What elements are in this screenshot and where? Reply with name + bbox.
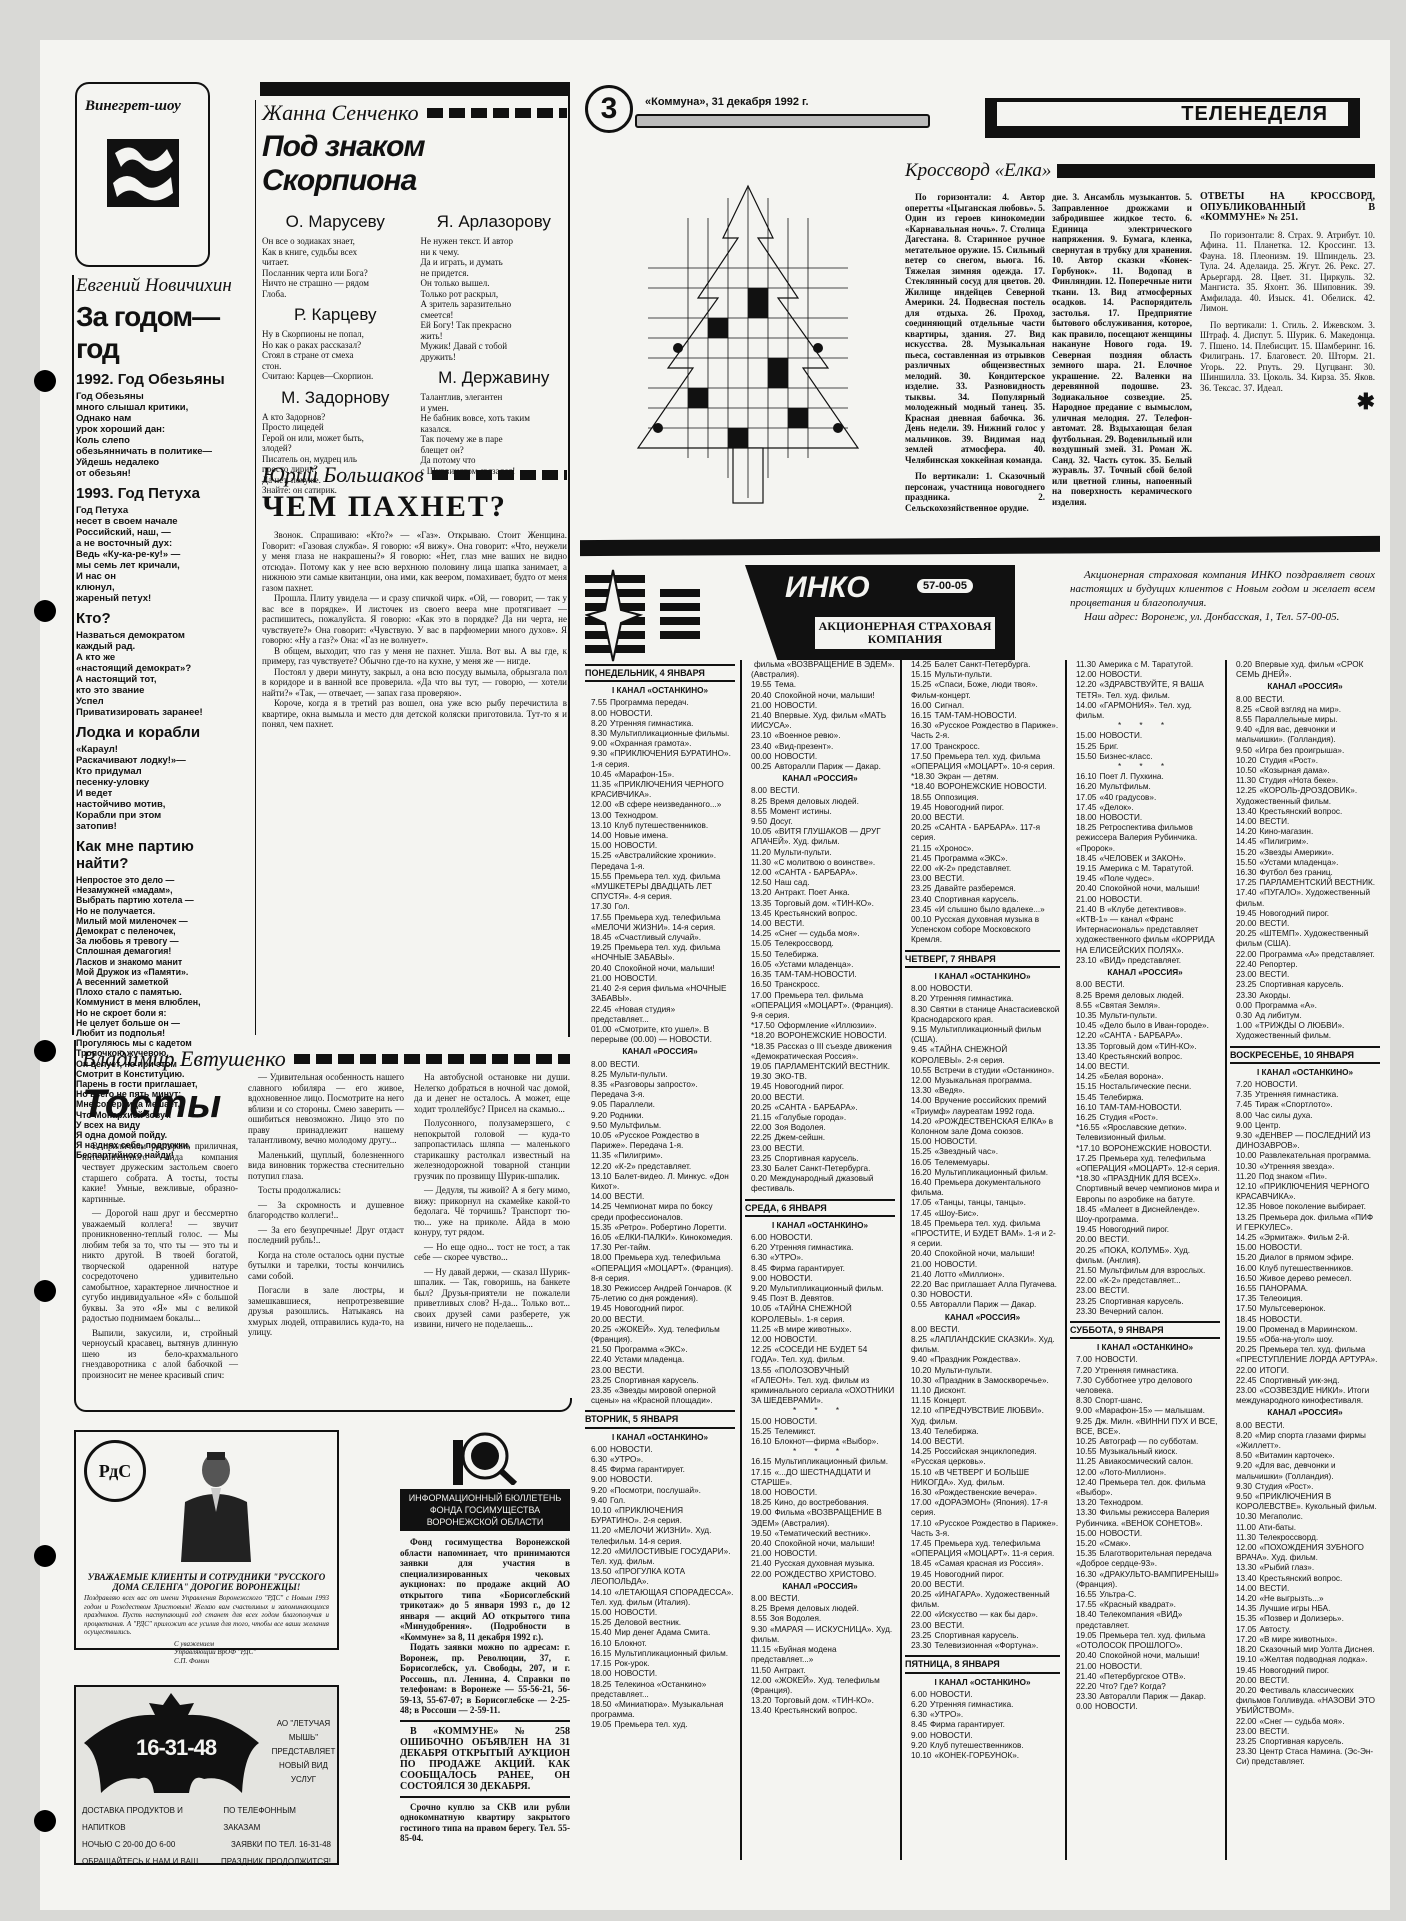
program-item: 12.20«МИЛОСТИВЫЕ ГОСУДАРИ». Тел. худ. фи… (585, 1547, 735, 1567)
scorpion-article: Жанна Сенченко Под знаком Скорпиона О. М… (262, 100, 567, 496)
program-item: 15.25Деловой вестник. (585, 1618, 735, 1628)
program-title: Клуб путешественников. (930, 1741, 1024, 1750)
program-item: 13.40Крестьянский вопрос. (745, 1706, 895, 1716)
program-time: 20.25 (751, 1103, 772, 1112)
poems: О. МарусевуОн все о зодиаках знает, Как … (262, 206, 567, 496)
program-time: 12.40 (1076, 1478, 1097, 1487)
address-text: Наш адрес: Воронеж, ул. Донбасская, 1, Т… (1070, 610, 1375, 624)
paragraph: В приличном ресторане приличная, интелли… (82, 1141, 238, 1204)
program-time: 13.25 (1236, 1213, 1257, 1222)
program-item: 13.10Балет-видео. Л. Минкус. «Дон Кихот»… (585, 1172, 735, 1192)
program-time: 13.30 (911, 1086, 932, 1095)
program-time: 17.50 (911, 752, 932, 761)
separator: * * * (1070, 762, 1220, 772)
program-title: «Устами младенца». (775, 960, 854, 969)
program-time: 18.25 (1076, 823, 1097, 832)
punch-hole (34, 1040, 56, 1062)
program-item: 11.10Дисконт. (905, 1386, 1060, 1396)
program-item: 19.00Фильма «ВОЗВРАЩЕНИЕ В ЭДЕМ» (Австра… (745, 1508, 895, 1528)
program-item: 16.10Блокнот—фирма «Выбор». (745, 1437, 895, 1447)
program-item: 20.25«ИНАГАРА». Художественный фильм. (905, 1590, 1060, 1610)
program-title: Рок-урок. (615, 1659, 650, 1668)
poem-text: Не нужен текст. И автор ни к чему. Да и … (421, 236, 568, 362)
program-item: 9.40«Для вас, девчонки и мальчишки». (Го… (1230, 725, 1380, 745)
day-heading: ЧЕТВЕРГ, 7 ЯНВАРЯ (905, 950, 1060, 968)
rds-logo-icon: РдС (84, 1440, 146, 1502)
program-time: 15.25 (751, 1427, 772, 1436)
program-item: 15.25Телемикст. (745, 1427, 895, 1437)
program-item: 21.402-я серия фильма «НОЧНЫЕ ЗАБАВЫ». (585, 984, 735, 1004)
program-item: 10.05«Русское Рождество в Париже». Перед… (585, 1131, 735, 1151)
program-title: Блокнот. (615, 1639, 647, 1648)
program-item: 9.30«МАРАЯ — ИСКУСНИЦА». Худ. фильм. (745, 1625, 895, 1645)
program-time: 14.00 (1076, 1062, 1097, 1071)
author-name: Евгений Новичихин (76, 275, 248, 297)
program-item: *18.20ВОРОНЕЖСКИЕ НОВОСТИ. (745, 1031, 895, 1041)
program-item: 19.55«Оба-на-угол» шоу. (1230, 1335, 1380, 1345)
program-item: 9.50«Игра без проигрыша». (1230, 746, 1380, 756)
program-item: 9.05Параллели. (585, 1100, 735, 1110)
rds-caption: УВАЖАЕМЫЕ КЛИЕНТЫ И СОТРУДНИКИ "РУССКОГО… (84, 1572, 329, 1665)
program-title: «ПРИКЛЮЧЕНИЯ БУРАТИНО». 1-я серия. (591, 749, 731, 768)
program-item: 16.15ТАМ-ТАМ-НОВОСТИ. (905, 711, 1060, 721)
program-time: 14.25 (751, 929, 772, 938)
program-time: 14.25 (1076, 1072, 1097, 1081)
program-item: 9.45Поэт В. Девятов. (745, 1294, 895, 1304)
program-item: 11.30Америка с М. Таратутой. (1070, 660, 1220, 670)
program-title: Зоя Водолея. (775, 1123, 826, 1132)
program-title: «Танцы, танцы, танцы». (935, 1198, 1026, 1207)
program-title: НОВОСТИ. (930, 1290, 973, 1299)
program-time: *18.20 (751, 1031, 775, 1040)
program-time: 23.30 (1236, 1747, 1257, 1756)
program-time: 6.30 (911, 1710, 927, 1719)
program-time: 17.00 (911, 1498, 932, 1507)
program-title: «Игра без проигрыша». (1255, 746, 1344, 755)
program-item: 16.50Транскросс. (745, 980, 895, 990)
program-item: 20.00ВЕСТИ. (745, 1093, 895, 1103)
program-title: Телебиржа. (775, 950, 819, 959)
program-time: 18.45 (591, 933, 612, 942)
program-time: 9.00 (591, 1475, 607, 1484)
program-item: 19.45Новогодний пирог. (745, 1082, 895, 1092)
program-time: 01.00 (591, 1025, 612, 1034)
program-title: НОВОСТИ. (1100, 813, 1143, 822)
program-title: «Позвер и Долизерь». (1260, 1614, 1344, 1623)
column-rule (1225, 660, 1227, 1860)
vinegret-title: Винегрет-шоу (85, 98, 181, 115)
program-time: 20.40 (1076, 1651, 1097, 1660)
paragraph: Прошла. Плиту увидела — и сразу спичкой … (262, 593, 567, 646)
program-time: 16.40 (911, 1178, 932, 1187)
program-title: «ЛАПЛАНДСКИЕ СКАЗКИ». Худ. фильм. (911, 1335, 1055, 1354)
program-item: *17.10ВОРОНЕЖСКИЕ НОВОСТИ. (1070, 1144, 1220, 1154)
program-time: 10.05 (751, 1304, 772, 1313)
program-item: 12.25«КОРОЛЬ-ДРОЗДОВИК». Художественный … (1230, 786, 1380, 806)
program-time: 23.25 (1236, 1737, 1257, 1746)
program-title: Спортивная карусель. (1260, 980, 1344, 989)
program-title: «Счастливый случай». (615, 933, 701, 942)
program-time: 23.35 (591, 1386, 612, 1395)
program-time: 18.45 (1236, 1315, 1257, 1324)
program-time: 00.25 (751, 762, 772, 771)
rds-body: Поздравляю всех вас от имени Управления … (84, 1594, 329, 1637)
program-time: 15.05 (751, 939, 772, 948)
program-item: 13.55«ПОЛОЗОВУЧНЫЙ «ГАЛЕОН». Тел. худ. ф… (745, 1366, 895, 1407)
program-item: 8.55«Святая Земля». (1070, 1001, 1220, 1011)
author-name: Юрий Большаков (262, 462, 424, 488)
program-item: 15.25«Австралийские хроники». Передача 1… (585, 851, 735, 871)
program-item: 15.35«Ретро». Робертино Лоретти. (585, 1223, 735, 1233)
program-title: Крестьянский вопрос. (1260, 1574, 1343, 1583)
program-time: 0.20 (751, 1174, 767, 1183)
program-time: 15.35 (1076, 1549, 1097, 1558)
program-title: Акорды. (1260, 991, 1291, 1000)
program-item: 16.05Телемемуары. (905, 1158, 1060, 1168)
program-title: Мир денег Адама Смита. (615, 1628, 711, 1637)
program-item: 17.40«ПУГАЛО». Художественный фильм. (1230, 888, 1380, 908)
program-time: 23.00 (751, 1144, 772, 1153)
program-item: 13.20Торговый дом. «ТИН-КО». (745, 1696, 895, 1706)
program-time: 19.05 (1076, 1631, 1097, 1640)
program-title: Мульти-пульти. (935, 1366, 993, 1375)
program-item: 17.55«Красный квадрат». (1070, 1600, 1220, 1610)
program-title: «И слышно было вдалеке...» (935, 905, 1045, 914)
fond-bulletin: ИНФОРМАЦИОННЫЙ БЮЛЛЕТЕНЬ ФОНДА ГОСИМУЩЕС… (400, 1430, 570, 1844)
program-time: 23.00 (911, 874, 932, 883)
program-time: 19.05 (751, 1062, 772, 1071)
day-heading: ВТОРНИК, 5 ЯНВАРЯ (585, 1410, 735, 1428)
program-title: «УТРО». (610, 1455, 643, 1464)
program-title: Дисконт. (934, 1386, 966, 1395)
column-rule (255, 100, 256, 1035)
program-time: 21.15 (911, 844, 932, 853)
program-time: 0.20 (1236, 660, 1252, 669)
program-item: 17.00Транскросс. (905, 742, 1060, 752)
program-item: 17.15Рок-урок. (585, 1659, 735, 1669)
program-title: «ДЕНВЕР — ПОСЛЕДНИЙ ИЗ ДИНОЗАВРОВ». (1236, 1131, 1371, 1150)
program-title: Телемикст. (775, 1427, 816, 1436)
program-item: 19.45Новогодний пирог. (905, 803, 1060, 813)
program-time: 16.00 (1236, 1264, 1257, 1273)
channel-heading: I КАНАЛ «ОСТАНКИНО» (585, 1433, 735, 1443)
text-line: ПРАЗДНИК ПРОДОЛЖИТСЯ! (221, 1853, 331, 1870)
program-item: 12.10«ПРИКЛЮЧЕНИЯ ЧЕРНОГО КРАСАВЧИКА». (1230, 1182, 1380, 1202)
program-time: 22.00 (1076, 1276, 1097, 1285)
program-time: 0.00 (1236, 1001, 1252, 1010)
program-title: «Звезды Америки». (1260, 848, 1334, 857)
program-item: 13.35Торговый дом. «ТИН-КО». (745, 899, 895, 909)
program-title: Мультфильм. (610, 1121, 661, 1130)
program-item: 0.30НОВОСТИ. (905, 1290, 1060, 1300)
program-time: 16.50 (1236, 1274, 1257, 1283)
program-item: 13.20Технодром. (1070, 1498, 1220, 1508)
program-item: 10.45«Дело было в Иван-городе». (1070, 1021, 1220, 1031)
program-item: 8.20«Мир спорта глазами фирмы «Жиллетт». (1230, 1431, 1380, 1451)
program-title: Тираж «Спортлото». (1255, 1100, 1333, 1109)
program-time: 21.00 (1076, 895, 1097, 904)
program-title: Момент истины. (770, 807, 832, 816)
program-title: Мультипликационный фильм. (770, 1284, 884, 1293)
program-title: НОВОСТИ. (615, 841, 658, 850)
program-time: 20.40 (751, 1539, 772, 1548)
program-time: 21.15 (751, 1113, 772, 1122)
program-item: 12.00Музыкальная программа. (905, 1076, 1060, 1086)
program-item: 12.00НОВОСТИ. (1070, 670, 1220, 680)
crossword-clues-vertical: дие. 3. Ансамбль музыкантов. 5. Заправле… (1052, 192, 1192, 507)
program-time: 12.00 (591, 800, 612, 809)
program-time: 23.00 (1076, 1286, 1097, 1295)
poem-title: 1993. Год Петуха (76, 485, 248, 502)
program-time: 6.30 (751, 1253, 767, 1262)
program-title: Авторалли Париж — Дакар. (1100, 1692, 1206, 1701)
program-item: 10.25Автограф — по субботам. (1070, 1437, 1220, 1447)
program-title: ВЕСТИ. (770, 1594, 800, 1603)
paragraph: В общем, выходит, что газ у меня не пахн… (262, 646, 567, 667)
program-item: 15.00НОВОСТИ. (585, 841, 735, 851)
program-item: *16.55«Ярославские детки». Телевизионный… (1070, 1123, 1220, 1143)
paragraph: — За его безупречные! Друг отдаст послед… (248, 1225, 404, 1246)
program-title: Клуб путешественников. (615, 821, 709, 830)
program-time: 10.05 (591, 1131, 612, 1140)
program-title: «САНТА - БАРБАРА». (775, 1103, 858, 1112)
program-item: 8.30Спорт-шанс. (1070, 1396, 1220, 1406)
program-title: ВЕСТИ. (1095, 980, 1125, 989)
program-time: 22.00 (1236, 1717, 1257, 1726)
program-title: Спортивная карусель. (775, 1154, 859, 1163)
program-title: Поэт В. Девятов. (770, 1294, 834, 1303)
program-time: 12.20 (1076, 1031, 1097, 1040)
program-item: 7.30Субботнее утро делового человека. (1070, 1376, 1220, 1396)
poem: М. ДержавинуТалантлив, элегантен и умен.… (421, 368, 568, 476)
paragraph: Выпили, закусили, и, стройный черноусый … (82, 1328, 238, 1381)
program-item: 15.00НОВОСТИ. (1230, 1243, 1380, 1253)
program-item: 9.30Студия «Рост». (1230, 1482, 1380, 1492)
program-time: 13.40 (1236, 807, 1257, 816)
program-time: 16.15 (591, 1649, 612, 1658)
program-item: 17.50Мультсеверюнок. (1230, 1304, 1380, 1314)
program-item: 14.25«Эрмитаж». Фильм 2-й. (1230, 1233, 1380, 1243)
program-title: НОВОСТИ. (770, 1274, 813, 1283)
program-title: Оформление «Иллюзии». (778, 1021, 877, 1030)
program-item: 00.00НОВОСТИ. (745, 752, 895, 762)
program-time: 15.00 (911, 1137, 932, 1146)
program-time: 7.55 (591, 698, 607, 707)
program-time: 15.00 (591, 1608, 612, 1617)
program-time: 11.35 (591, 1151, 611, 1160)
program-item: 16.15Мультипликационный фильм. (585, 1649, 735, 1659)
program-item: 15.25Бриг. (1070, 742, 1220, 752)
program-item: 15.50«Устами младенца». (1230, 858, 1380, 868)
program-time: 9.20 (591, 1486, 607, 1495)
program-title: НОВОСТИ. (610, 1475, 653, 1484)
byline: Жанна Сенченко (262, 100, 567, 126)
bat-service-text: ДОСТАВКА ПРОДУКТОВ И НАПИТКОВПО ТЕЛЕФОНН… (82, 1802, 331, 1870)
program-item: 23.40«Вид-презент». (745, 742, 895, 752)
program-time: 17.15 (591, 1659, 612, 1668)
program-item: 10.20Студия «Рост». (1230, 756, 1380, 766)
program-item: 21.45Программа «ЭКС». (905, 854, 1060, 864)
program-title: Торговый дом. «ТИН-КО». (775, 1696, 874, 1705)
program-title: «Рождественские вечера». (935, 1488, 1037, 1497)
program-title: Авторалли Париж — Дакар. (930, 1300, 1036, 1309)
program-title: Премьера тел. худ. фильма «ОПЕРАЦИЯ «МОЦ… (911, 752, 1055, 771)
program-time: 20.25 (1236, 1345, 1257, 1354)
program-time: 12.00 (1076, 670, 1097, 679)
program-time: 18.25 (751, 1498, 772, 1507)
program-item: 11.00Ати-баты. (1230, 1523, 1380, 1533)
program-item: 20.40Спокойной ночи, малыши! (905, 1249, 1060, 1259)
program-item: 13.10Клуб путешественников. (585, 821, 735, 831)
program-time: 6.00 (591, 1445, 607, 1454)
program-item: 20.40Спокойной ночи, малыши! (745, 1539, 895, 1549)
program-time: 9.50 (1236, 1492, 1252, 1501)
program-title: Америка с М. Таратутой. (1099, 660, 1193, 669)
program-item: 12.25«СОСЕДИ НЕ БУДЕТ 54 ГОДА». Тел. худ… (745, 1345, 895, 1365)
program-time: 17.05 (911, 1198, 932, 1207)
program-time: 22.40 (591, 1355, 612, 1364)
program-title: «Белая ворона». (1100, 1072, 1164, 1081)
program-item: 18.55Оппозиция. (905, 793, 1060, 803)
program-title: «МАРАЯ — ИСКУСНИЦА». Худ. фильм. (751, 1625, 892, 1644)
program-title: ВЕСТИ. (1260, 817, 1290, 826)
program-item: 20.00ВЕСТИ. (1230, 1676, 1380, 1686)
program-item: 17.25Премьера худ. телефильма «ОПЕРАЦИЯ … (1070, 1154, 1220, 1174)
program-time: 20.00 (1236, 1676, 1257, 1685)
program-title: Фирма гарантирует. (770, 1264, 845, 1273)
program-item: 6.00НОВОСТИ. (905, 1690, 1060, 1700)
program-time: 8.55 (1076, 1001, 1092, 1010)
program-title: «КОНЕК-ГОРБУНОК». (935, 1751, 1020, 1760)
program-title: Телебиржа. (935, 1427, 979, 1436)
program-time: 22.20 (911, 1280, 932, 1289)
program-item: 10.30«Утренняя звезда». (1230, 1162, 1380, 1172)
program-title: НОВОСТИ. (775, 1549, 818, 1558)
program-item: 8.55Параллельные миры. (1230, 715, 1380, 725)
program-item: 14.25Российская энциклопедия. «Русская ц… (905, 1447, 1060, 1467)
program-item: 10.55Встречи в студии «Останкино». (905, 1066, 1060, 1076)
program-title: Вечерний салон. (1100, 1307, 1164, 1316)
program-item: 21.00НОВОСТИ. (745, 1549, 895, 1559)
program-title: Встречи в студии «Останкино». (935, 1066, 1055, 1075)
program-title: ВЕСТИ. (615, 1192, 645, 1201)
program-item: 0.00Программа «А». (1230, 1001, 1380, 1011)
program-time: 00.00 (751, 752, 772, 761)
program-time: 17.45 (911, 1539, 932, 1548)
program-item: 7.20НОВОСТИ. (1230, 1080, 1380, 1090)
program-item: 8.20Утренняя гимнастика. (905, 994, 1060, 1004)
crossword-heading: Кроссворд «Елка» (905, 160, 1051, 182)
program-item: 12.00«САНТА - БАРБАРА». (745, 868, 895, 878)
program-title: Сигнал. (935, 701, 965, 710)
program-title: НОВОСТИ. (1260, 1243, 1303, 1252)
paragraph: Постоял у двери минуту, закрыл, а она вс… (262, 667, 567, 699)
program-item: 15.20Диалог в прямом эфире. (1230, 1253, 1380, 1263)
program-item: 22.00«К-2» представляет. (905, 864, 1060, 874)
program-time: 0.55 (911, 1300, 927, 1309)
program-title: «К-2» представляет. (615, 1162, 692, 1171)
program-time: 14.00 (591, 1192, 612, 1201)
program-title: Технодром. (1100, 1498, 1144, 1507)
program-item: 17.10«Русское Рождество в Париже». Часть… (905, 1519, 1060, 1539)
program-time: 14.25 (911, 1447, 932, 1456)
program-time: 16.30 (1076, 1570, 1097, 1579)
text-line: ЗАЯВКИ ПО ТЕЛ. 16-31-48 (231, 1836, 331, 1853)
program-time: 12.00 (1236, 1543, 1257, 1552)
program-time: 22.45 (591, 1005, 612, 1014)
program-time: 16.55 (1236, 1284, 1257, 1293)
program-time: 23.25 (1076, 1297, 1097, 1306)
program-item: 6.20Утренняя гимнастика. (745, 1243, 895, 1253)
program-time: 8.20 (911, 994, 927, 1003)
program-time: 20.00 (1076, 1235, 1097, 1244)
program-time: 9.30 (1236, 1131, 1252, 1140)
program-time: 19.45 (911, 803, 932, 812)
program-item: 8.00Час силы духа. (1230, 1111, 1380, 1121)
program-title: НОВОСТИ. (935, 1260, 978, 1269)
program-item: 23.40Спортивная карусель. (905, 895, 1060, 905)
program-time: 17.25 (1076, 1154, 1097, 1163)
program-item: *18.30Экран — детям. (905, 772, 1060, 782)
program-time: 23.00 (1236, 1727, 1257, 1736)
program-item: 13.50«ПРОГУЛКА КОТА ЛЕОПОЛЬДА». (585, 1567, 735, 1587)
program-time: 22.20 (1076, 1682, 1097, 1691)
program-item: 10.30«Праздник в Замоскворечье». (905, 1376, 1060, 1386)
program-item: 7.00НОВОСТИ. (1070, 1355, 1220, 1365)
program-item: 12.00«ПОХОЖДЕНИЯ ЗУБНОГО ВРАЧА». Худ. фи… (1230, 1543, 1380, 1563)
program-time: 8.25 (911, 1335, 927, 1344)
program-time: 21.40 (751, 1559, 772, 1568)
program-item: 17.00Премьера тел. фильма «ОПЕРАЦИЯ «МОЦ… (745, 991, 895, 1022)
program-time: 14.00 (1236, 817, 1257, 826)
tv-schedule: ПОНЕДЕЛЬНИК, 4 ЯНВАРЯI КАНАЛ «ОСТАНКИНО»… (585, 660, 1380, 1860)
program-time: 11.10 (911, 1386, 931, 1395)
portrait-photo (171, 1442, 261, 1562)
program-time: 15.25 (591, 1618, 612, 1627)
punch-hole (34, 1280, 56, 1302)
program-item: 7.45Тираж «Спортлото». (1230, 1100, 1380, 1110)
program-time: 9.20 (1236, 1461, 1252, 1470)
program-item: 13.30«Ведя». (905, 1086, 1060, 1096)
program-item: 23.00ВЕСТИ. (585, 1366, 735, 1376)
program-item: 9.00«Марафон-15» — малышам. (1070, 1406, 1220, 1416)
program-item: 18.45«ЧЕЛОВЕК и ЗАКОН». (1070, 854, 1220, 864)
program-time: 9.20 (911, 1741, 927, 1750)
program-title: Мультипликационный фильм. (775, 1457, 889, 1466)
program-title: Ад либитум. (1255, 1011, 1302, 1020)
program-title: Оппозиция. (935, 793, 979, 802)
program-title: НОВОСТИ. (1255, 1080, 1298, 1089)
poem-dedication: Р. Карцеву (262, 305, 409, 325)
program-title: Новогодний пирог. (1260, 1666, 1330, 1675)
program-item: *17.50Оформление «Иллюзии». (745, 1021, 895, 1031)
program-title: «Оба-на-угол» шоу. (1260, 1335, 1334, 1344)
program-item: 17.30Рег-тайм. (585, 1243, 735, 1253)
program-title: Поет Л. Пухкина. (1100, 772, 1164, 781)
program-title: Автосту. (1260, 1625, 1291, 1634)
program-title: «ПРИКЛЮЧЕНИЯ В КОРОЛЕВСТВЕ». Кукольный ф… (1236, 1492, 1377, 1511)
program-time: 23.25 (911, 884, 932, 893)
program-item: 10.05«ТАЙНА СНЕЖНОЙ КОРОЛЕВЫ». 1-я серия… (745, 1304, 895, 1324)
program-time: 12.20 (1076, 680, 1097, 689)
program-item: 10.10«КОНЕК-ГОРБУНОК». (905, 1751, 1060, 1761)
program-title: ВЕСТИ. (1260, 970, 1290, 979)
program-time: 6.30 (591, 1455, 607, 1464)
program-item: 22.00«Снег — судьба моя». (1230, 1717, 1380, 1727)
program-time: 20.25 (911, 823, 932, 832)
program-item: 10.10«ПРИКЛЮЧЕНИЯ БУРАТИНО». 2-я серия. (585, 1506, 735, 1526)
program-item: 23.30Вечерний салон. (1070, 1307, 1220, 1317)
